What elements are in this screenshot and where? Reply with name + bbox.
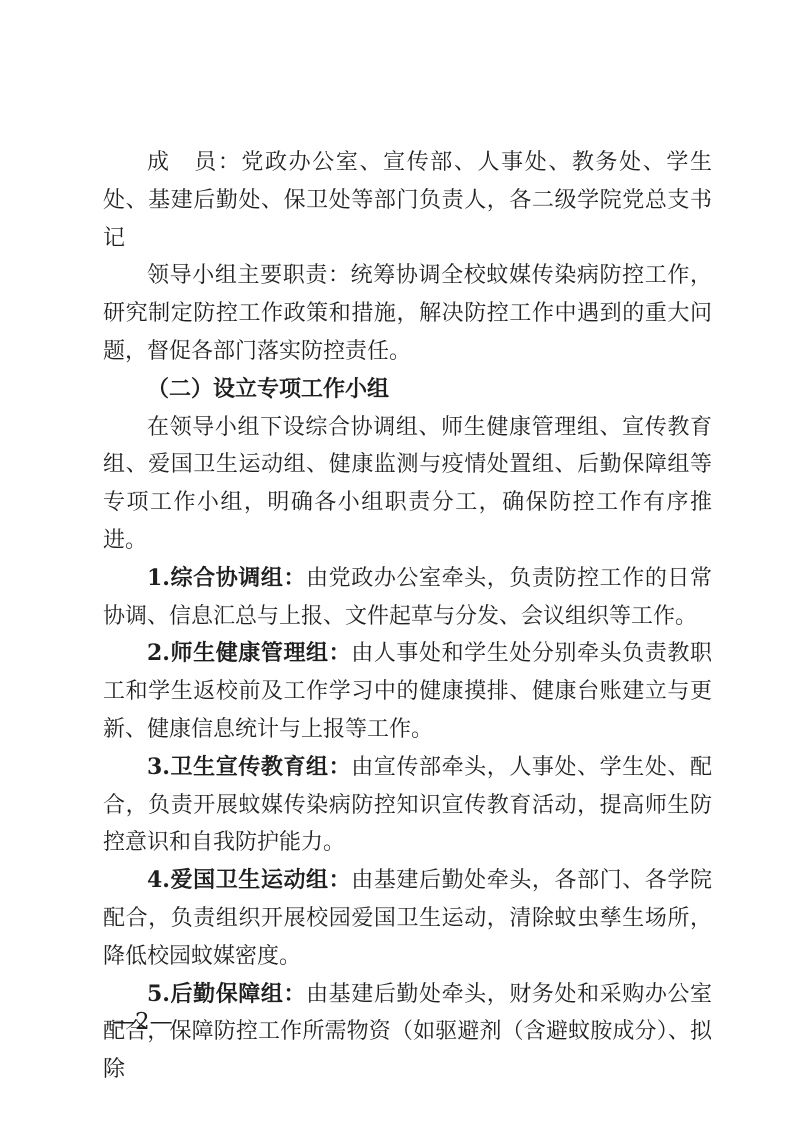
document-page: 成 员：党政办公室、宣传部、人事处、教务处、学生处、基建后勤处、保卫处等部门负责…: [0, 0, 794, 1122]
list-item-2-title: 2.师生健康管理组：: [147, 640, 351, 666]
section-heading: （二）设立专项工作小组: [103, 371, 712, 409]
paragraph-special-groups-intro: 在领导小组下设综合协调组、师生健康管理组、宣传教育组、爱国卫生运动组、健康监测与…: [103, 409, 712, 560]
list-item-1: 1.综合协调组：由党政办公室牵头，负责防控工作的日常协调、信息汇总与上报、文件起…: [103, 560, 712, 636]
list-item-1-title: 1.综合协调组：: [147, 565, 306, 591]
list-item-4-title: 4.爱国卫生运动组：: [147, 867, 351, 893]
list-item-5: 5.后勤保障组：由基建后勤处牵头，财务处和采购办公室配合，保障防控工作所需物资（…: [103, 976, 712, 1089]
list-item-3: 3.卫生宣传教育组：由宣传部牵头，人事处、学生处、配合，负责开展蚊媒传染病防控知…: [103, 749, 712, 862]
paragraph-members: 成 员：党政办公室、宣传部、人事处、教务处、学生处、基建后勤处、保卫处等部门负责…: [103, 144, 712, 257]
list-item-4: 4.爱国卫生运动组：由基建后勤处牵头，各部门、各学院配合，负责组织开展校园爱国卫…: [103, 862, 712, 975]
list-item-2: 2.师生健康管理组：由人事处和学生处分别牵头负责教职工和学生返校前及工作学习中的…: [103, 635, 712, 748]
paragraph-leading-group-duties: 领导小组主要职责：统筹协调全校蚊媒传染病防控工作，研究制定防控工作政策和措施，解…: [103, 257, 712, 370]
document-body: 成 员：党政办公室、宣传部、人事处、教务处、学生处、基建后勤处、保卫处等部门负责…: [103, 144, 712, 1089]
page-number: —2—: [112, 1008, 173, 1036]
list-item-3-title: 3.卫生宣传教育组：: [147, 754, 351, 780]
list-item-5-title: 5.后勤保障组：: [147, 981, 306, 1007]
